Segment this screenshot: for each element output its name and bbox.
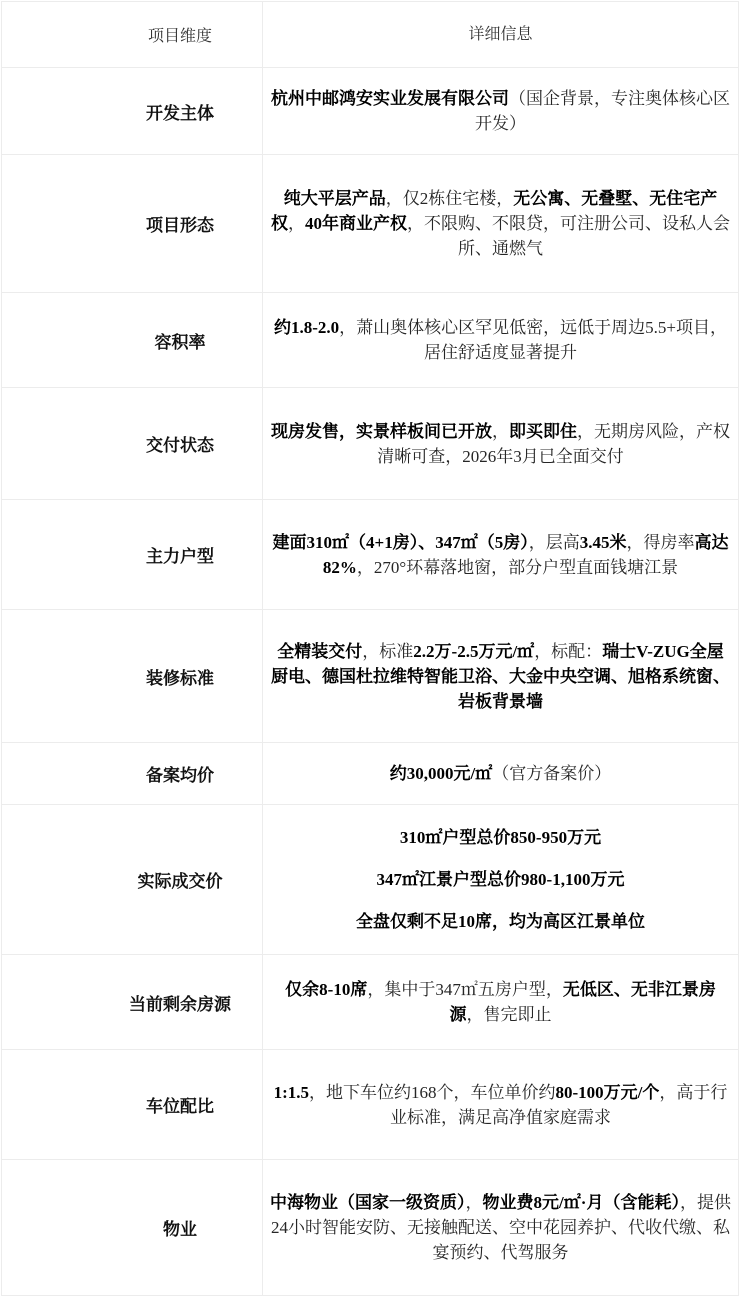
table-header-row: 项目维度 详细信息	[2, 2, 738, 67]
header-cell-detail: 详细信息	[263, 2, 738, 67]
detail-text: ，270°环幕落地窗，部分户型直面钱塘江景	[357, 558, 678, 577]
row-detail: 纯大平层产品，仅2栋住宅楼，无公寓、无叠墅、无住宅产权，40年商业产权，不限购、…	[263, 155, 738, 292]
detail-text: ，地下车位约168个，车位单价约	[309, 1083, 556, 1102]
detail-paragraph: 纯大平层产品，仅2栋住宅楼，无公寓、无叠墅、无住宅产权，40年商业产权，不限购、…	[269, 186, 732, 261]
detail-text: ，	[492, 422, 509, 441]
row-detail: 约30,000元/㎡（官方备案价）	[263, 743, 738, 804]
detail-text-bold: 约30,000元/㎡	[390, 764, 492, 783]
detail-text-bold: 建面310㎡（4+1房）、347㎡（5房）	[273, 533, 529, 552]
table-row: 车位配比1:1.5，地下车位约168个，车位单价约80-100万元/个，高于行业…	[2, 1049, 738, 1159]
detail-paragraph: 杭州中邮鸿安实业发展有限公司（国企背景，专注奥体核心区开发）	[269, 86, 732, 136]
row-label: 主力户型	[2, 500, 263, 609]
row-label: 容积率	[2, 293, 263, 387]
detail-text-bold: 即买即住	[509, 422, 577, 441]
detail-text-bold: 杭州中邮鸿安实业发展有限公司	[271, 89, 509, 108]
detail-paragraph: 1:1.5，地下车位约168个，车位单价约80-100万元/个，高于行业标准，满…	[269, 1080, 732, 1130]
detail-text: ，	[288, 214, 305, 233]
detail-text-bold: 中海物业（国家一级资质）	[270, 1193, 466, 1212]
detail-text: ，集中于347㎡五房户型，	[367, 980, 563, 999]
row-label: 装修标准	[2, 610, 263, 742]
header-detail-text: 详细信息	[468, 22, 532, 47]
row-label: 实际成交价	[2, 805, 263, 954]
project-table-page: 项目维度 详细信息 开发主体杭州中邮鸿安实业发展有限公司（国企背景，专注奥体核心…	[0, 0, 740, 1297]
row-label: 车位配比	[2, 1050, 263, 1159]
project-info-table: 项目维度 详细信息 开发主体杭州中邮鸿安实业发展有限公司（国企背景，专注奥体核心…	[1, 1, 739, 1296]
row-detail: 310㎡户型总价850-950万元347㎡江景户型总价980-1,100万元全盘…	[263, 805, 738, 954]
detail-paragraph: 建面310㎡（4+1房）、347㎡（5房），层高3.45米，得房率高达82%，2…	[269, 530, 732, 580]
detail-text-bold: 约1.8-2.0	[274, 318, 339, 337]
detail-paragraph: 仅余8-10席，集中于347㎡五房户型，无低区、无非江景房源，售完即止	[269, 977, 732, 1027]
table-row: 物业中海物业（国家一级资质），物业费8元/㎡·月（含能耗），提供24小时智能安防…	[2, 1159, 738, 1295]
detail-text: ，标准	[362, 642, 413, 661]
detail-text-bold: 物业费8元/㎡·月（含能耗）	[483, 1193, 680, 1212]
detail-text-bold: 仅余8-10席	[285, 980, 367, 999]
row-label: 物业	[2, 1160, 263, 1295]
detail-text: ，萧山奥体核心区罕见低密，远低于周边5.5+项目，居住舒适度显著提升	[339, 318, 727, 362]
detail-text: ，仅2栋住宅楼，	[386, 189, 514, 208]
detail-paragraph: 310㎡户型总价850-950万元	[400, 825, 601, 850]
row-detail: 杭州中邮鸿安实业发展有限公司（国企背景，专注奥体核心区开发）	[263, 68, 738, 154]
detail-text: ，得房率	[626, 533, 694, 552]
detail-paragraph: 347㎡江景户型总价980-1,100万元	[377, 867, 625, 892]
row-detail: 全精装交付，标准2.2万-2.5万元/㎡，标配：瑞士V-ZUG全屋厨电、德国杜拉…	[263, 610, 738, 742]
detail-text-bold: 1:1.5	[274, 1083, 309, 1102]
detail-text-bold: 全精装交付	[277, 642, 362, 661]
detail-paragraph: 约1.8-2.0，萧山奥体核心区罕见低密，远低于周边5.5+项目，居住舒适度显著…	[269, 315, 732, 365]
table-row: 备案均价约30,000元/㎡（官方备案价）	[2, 742, 738, 804]
detail-text-bold: 310㎡户型总价850-950万元	[400, 828, 601, 847]
row-label: 当前剩余房源	[2, 955, 263, 1049]
table-row: 当前剩余房源仅余8-10席，集中于347㎡五房户型，无低区、无非江景房源，售完即…	[2, 954, 738, 1049]
detail-text: ，不限购、不限贷，可注册公司、设私人会所、通燃气	[407, 214, 730, 258]
detail-text-bold: 3.45米	[580, 533, 627, 552]
table-row: 实际成交价310㎡户型总价850-950万元347㎡江景户型总价980-1,10…	[2, 804, 738, 954]
row-detail: 约1.8-2.0，萧山奥体核心区罕见低密，远低于周边5.5+项目，居住舒适度显著…	[263, 293, 738, 387]
table-row: 容积率约1.8-2.0，萧山奥体核心区罕见低密，远低于周边5.5+项目，居住舒适…	[2, 292, 738, 387]
row-label: 项目形态	[2, 155, 263, 292]
row-detail: 仅余8-10席，集中于347㎡五房户型，无低区、无非江景房源，售完即止	[263, 955, 738, 1049]
row-detail: 现房发售，实景样板间已开放，即买即住，无期房风险，产权清晰可查，2026年3月已…	[263, 388, 738, 499]
detail-paragraph: 全盘仅剩不足10席，均为高区江景单位	[356, 909, 645, 934]
row-label: 备案均价	[2, 743, 263, 804]
detail-paragraph: 中海物业（国家一级资质），物业费8元/㎡·月（含能耗），提供24小时智能安防、无…	[269, 1190, 732, 1265]
detail-text: ，层高	[529, 533, 580, 552]
row-detail: 1:1.5，地下车位约168个，车位单价约80-100万元/个，高于行业标准，满…	[263, 1050, 738, 1159]
table-row: 主力户型建面310㎡（4+1房）、347㎡（5房），层高3.45米，得房率高达8…	[2, 499, 738, 609]
detail-paragraph: 现房发售，实景样板间已开放，即买即住，无期房风险，产权清晰可查，2026年3月已…	[269, 419, 732, 469]
detail-text: ，标配：	[534, 642, 602, 661]
row-label: 开发主体	[2, 68, 263, 154]
detail-text-bold: 80-100万元/个	[556, 1083, 660, 1102]
detail-text: （国企背景，专注奥体核心区开发）	[475, 89, 730, 133]
table-row: 交付状态现房发售，实景样板间已开放，即买即住，无期房风险，产权清晰可查，2026…	[2, 387, 738, 499]
table-row: 项目形态纯大平层产品，仅2栋住宅楼，无公寓、无叠墅、无住宅产权，40年商业产权，…	[2, 154, 738, 292]
detail-paragraph: 全精装交付，标准2.2万-2.5万元/㎡，标配：瑞士V-ZUG全屋厨电、德国杜拉…	[269, 639, 732, 714]
detail-text: ，	[466, 1193, 483, 1212]
row-detail: 建面310㎡（4+1房）、347㎡（5房），层高3.45米，得房率高达82%，2…	[263, 500, 738, 609]
detail-paragraph: 约30,000元/㎡（官方备案价）	[390, 761, 611, 786]
table-row: 装修标准全精装交付，标准2.2万-2.5万元/㎡，标配：瑞士V-ZUG全屋厨电、…	[2, 609, 738, 742]
detail-text-bold: 纯大平层产品	[284, 189, 386, 208]
header-cell-dimension: 项目维度	[2, 2, 263, 67]
detail-text-bold: 40年商业产权	[305, 214, 407, 233]
row-label: 交付状态	[2, 388, 263, 499]
row-detail: 中海物业（国家一级资质），物业费8元/㎡·月（含能耗），提供24小时智能安防、无…	[263, 1160, 738, 1295]
detail-text-bold: 347㎡江景户型总价980-1,100万元	[377, 870, 625, 889]
detail-text-bold: 全盘仅剩不足10席，均为高区江景单位	[356, 912, 645, 931]
table-row: 开发主体杭州中邮鸿安实业发展有限公司（国企背景，专注奥体核心区开发）	[2, 67, 738, 154]
detail-text-bold: 现房发售，实景样板间已开放	[271, 422, 492, 441]
detail-text: （官方备案价）	[492, 764, 611, 783]
detail-text-bold: 2.2万-2.5万元/㎡	[413, 642, 534, 661]
detail-text: ，售完即止	[467, 1005, 552, 1024]
